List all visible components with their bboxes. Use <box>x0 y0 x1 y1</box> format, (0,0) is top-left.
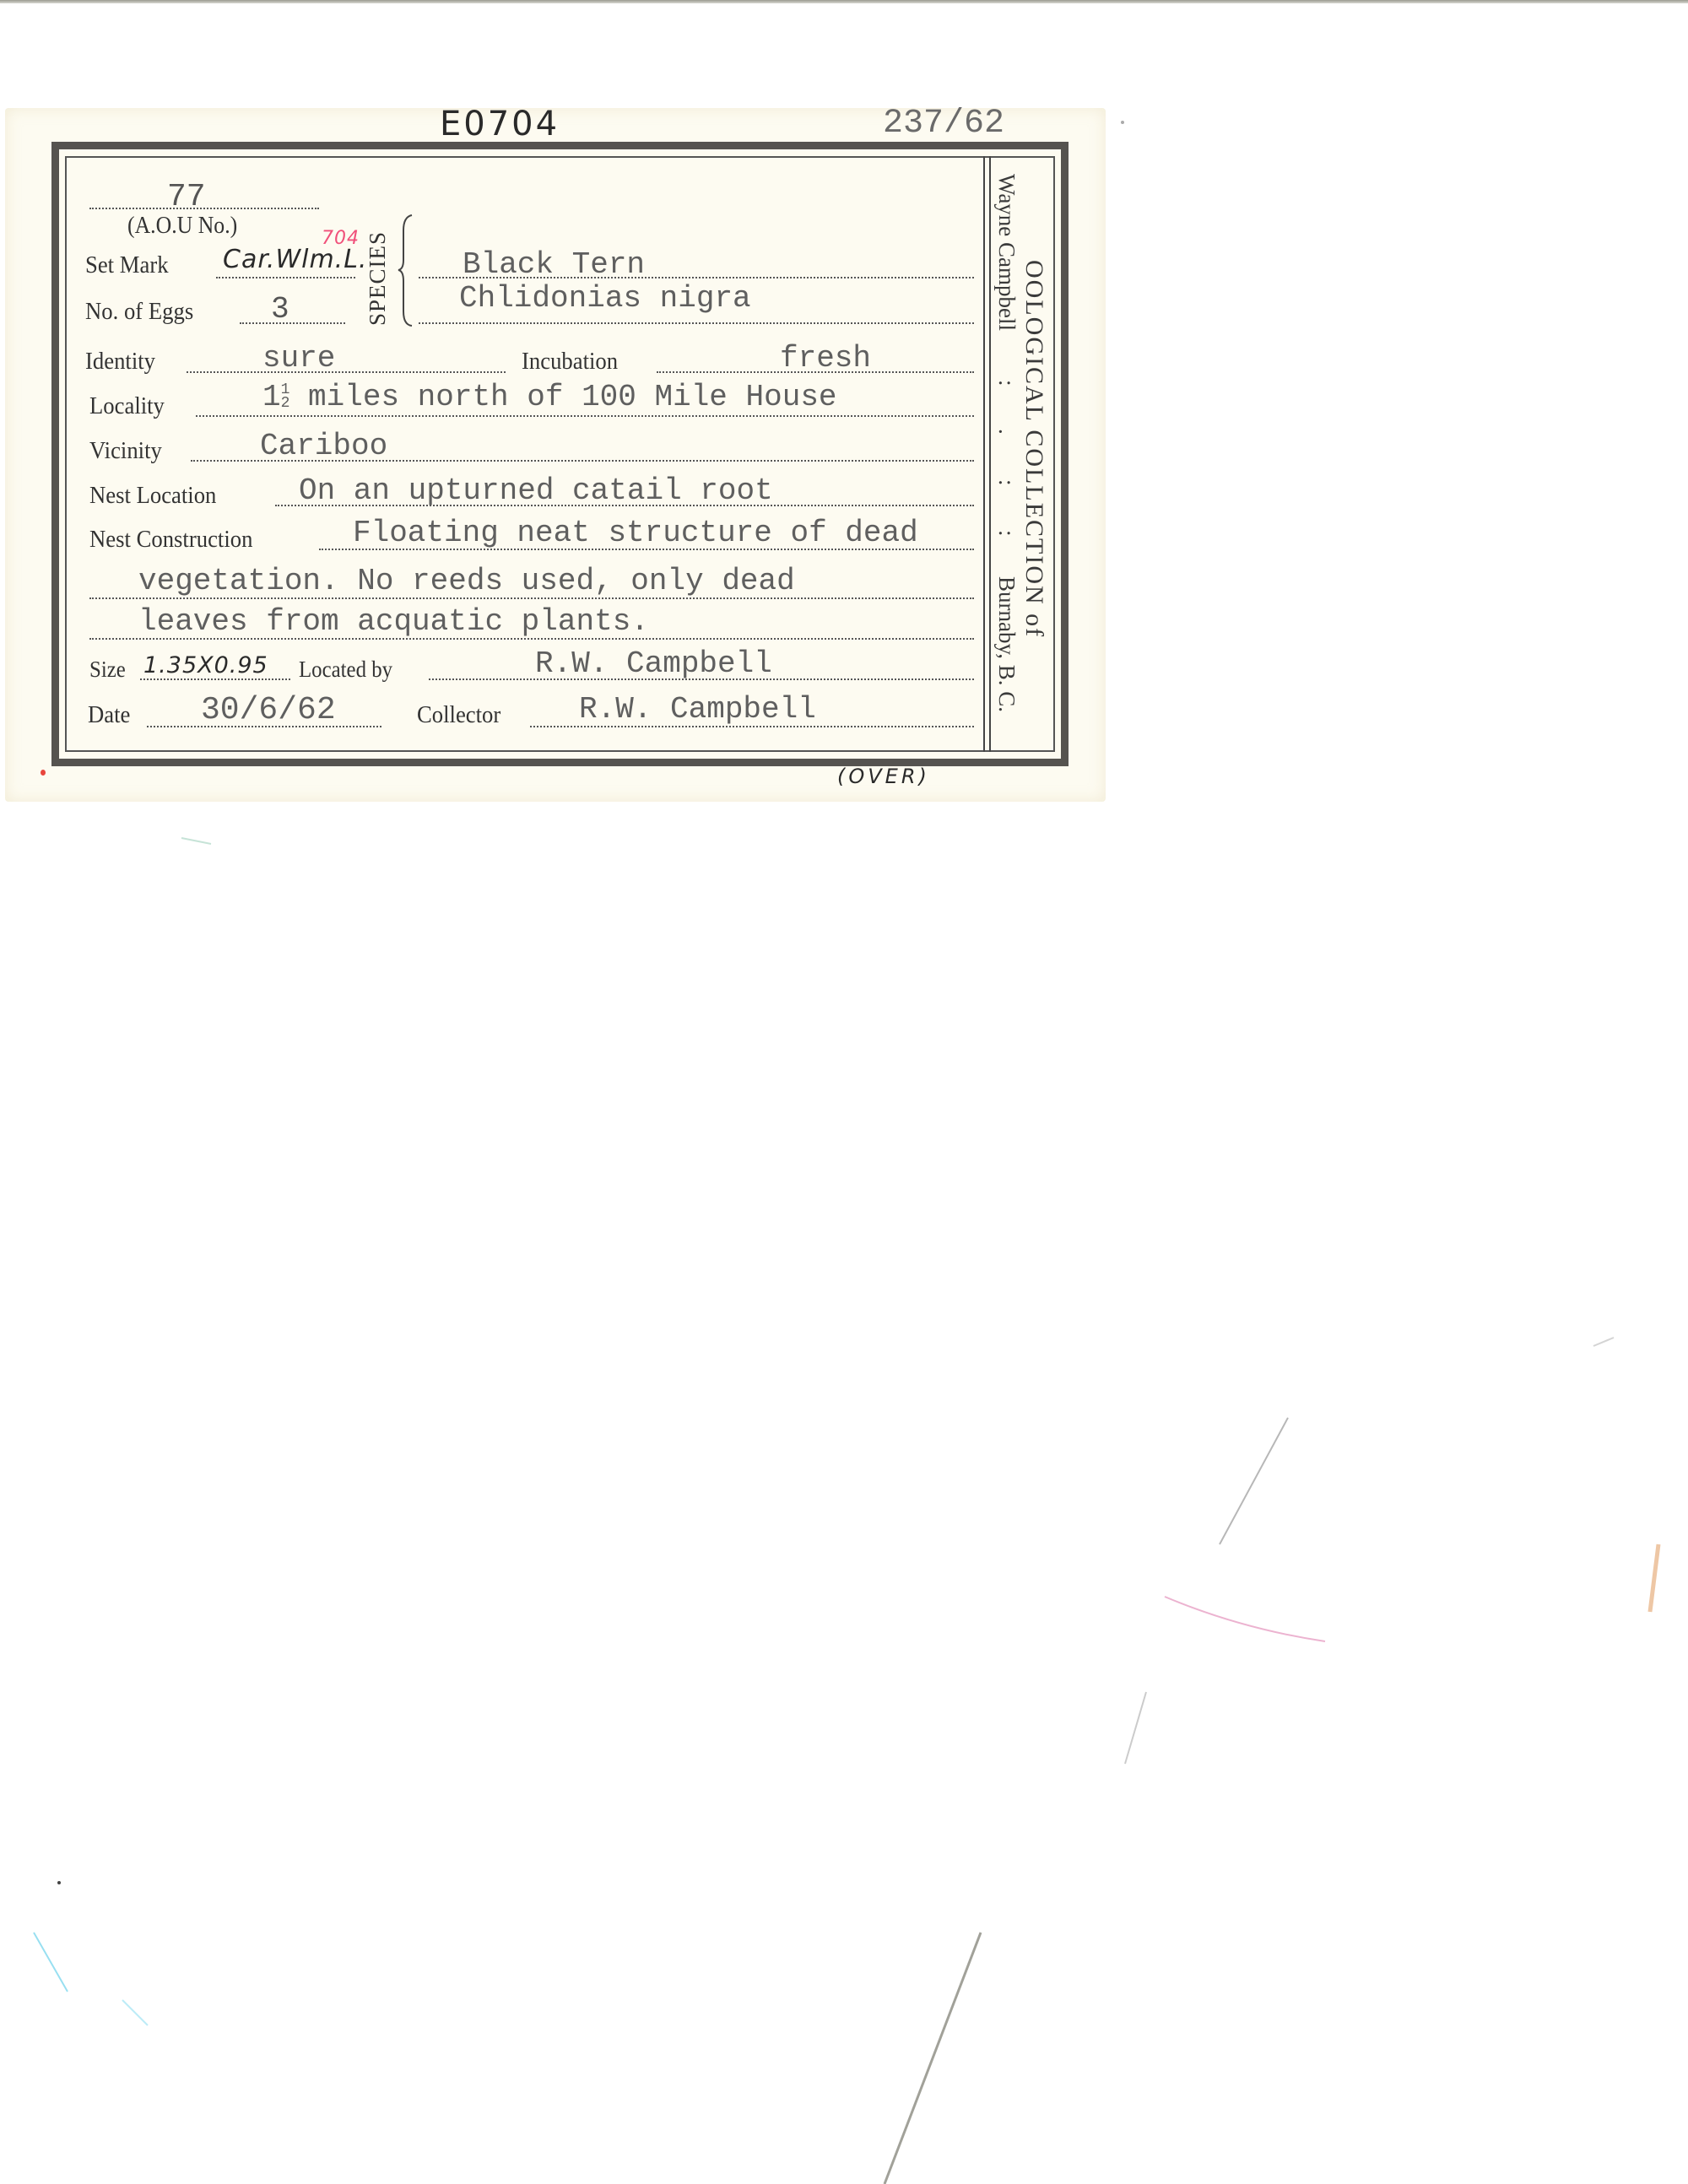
scan-artifacts <box>0 0 1688 2184</box>
